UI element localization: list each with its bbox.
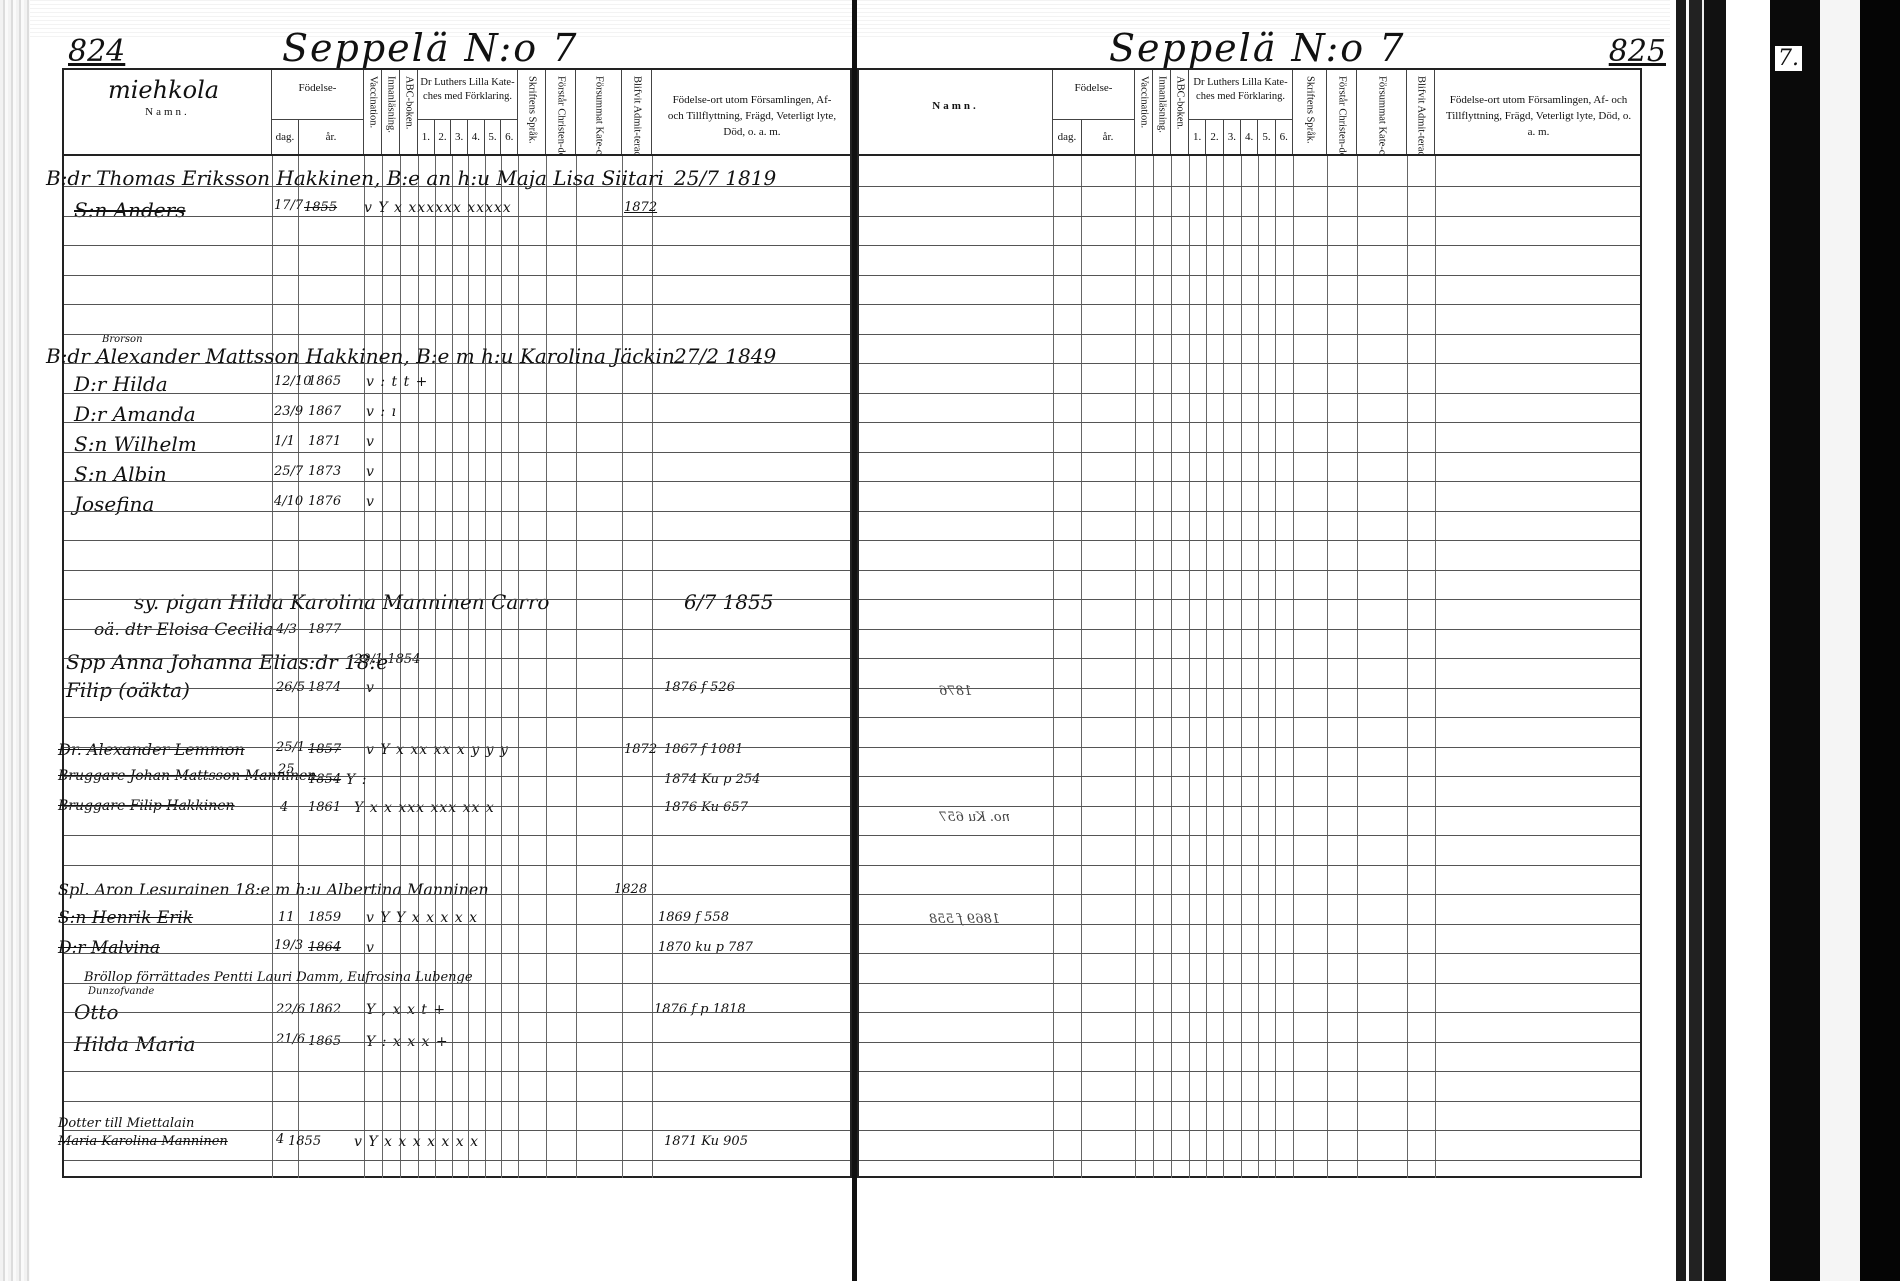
farm-title-right: Seppelä N:o 7: [1109, 26, 1405, 70]
col-head-abc: ABC-boken.: [400, 70, 418, 154]
ruled-line: [859, 481, 1640, 482]
ruled-line: [859, 894, 1640, 895]
entry-14-marks: Y x x xxx xxx xx x: [354, 800, 495, 816]
ruled-line: [64, 393, 850, 394]
ruled-line: [859, 1042, 1640, 1043]
ruled-line: [859, 540, 1640, 541]
col-head-admitted: Blifvit Admit-terad.: [622, 70, 652, 154]
ruled-line: [859, 629, 1640, 630]
margin-mark: 7.: [1775, 46, 1802, 71]
col-head-reading: Innanläsning.: [1153, 70, 1171, 154]
col-head-abc: ABC-boken.: [1171, 70, 1189, 154]
entry-22-name: Maria Karolina Manninen: [58, 1134, 228, 1149]
entry-6-day: 25/7: [274, 464, 303, 479]
entry-22-year: 1855: [288, 1134, 321, 1149]
ruled-line: [64, 953, 850, 954]
entry-6-marks: v: [366, 464, 375, 480]
ruled-line: [64, 658, 850, 659]
entry-6-year: 1873: [308, 464, 341, 479]
entry-12-year: 1857: [308, 742, 341, 757]
bleed-through-1: no. Ku 657: [939, 810, 1010, 825]
ruled-line: [859, 658, 1640, 659]
entry-3-day: 12/10: [274, 374, 311, 389]
entry-19-marks: Y , x x t +: [366, 1002, 446, 1018]
entry-13-year: 1854: [308, 772, 341, 787]
col-head-remarks: Födelse-ort utom Församlingen, Af- och T…: [1435, 70, 1642, 154]
entry-1-year: 1855: [304, 200, 337, 215]
entry-1-admitted: 1872: [624, 200, 657, 215]
ruled-line: [64, 216, 850, 217]
ruled-line: [859, 570, 1640, 571]
ruled-line: [859, 1160, 1640, 1161]
register-form-left: miehkola Namn. Födelse- dag. år. Vaccina…: [62, 68, 852, 1178]
entry-5-day: 1/1: [274, 434, 295, 449]
entry-8-remarks: 6/7 1855: [684, 590, 773, 614]
col-head-name: miehkola Namn.: [64, 70, 272, 154]
entry-18-annotation: Dunzofvande: [88, 986, 154, 997]
ruled-line: [859, 1071, 1640, 1072]
column-headers-right: Namn. Födelse- dag. år. Vaccination. Inn…: [859, 70, 1640, 156]
col-head-understands: Förstår Christen-domsläran.: [546, 70, 576, 154]
entry-1-name: S:n Anders: [74, 198, 185, 222]
entry-17-name: D:r Malvina: [58, 938, 160, 958]
ruled-line: [64, 835, 850, 836]
entry-4-marks: v : ı: [366, 404, 397, 420]
ruled-line: [64, 570, 850, 571]
ruled-line: [64, 363, 850, 364]
entry-21-name: Dotter till Miettalain: [58, 1116, 194, 1131]
ruled-line: [64, 245, 850, 246]
entry-4-day: 23/9: [274, 404, 303, 419]
entry-10-remarks: 29/1 1854: [354, 652, 420, 667]
ruled-line: [859, 776, 1640, 777]
col-head-writing: Skriftens Språk.: [1293, 70, 1327, 154]
ruled-line: [859, 511, 1640, 512]
entry-1-marks: v Y x xxxxxx xxxxx: [364, 200, 512, 216]
entry-13-remarks: 1874 Ku p 254: [664, 772, 760, 787]
ruled-line: [64, 806, 850, 807]
ruled-line: [859, 717, 1640, 718]
ruled-line: [859, 599, 1640, 600]
entry-8-name: sy. pigan Hilda Karolina Manninen Carro: [134, 590, 549, 614]
entry-16-remarks: 1869 f 558: [658, 910, 729, 925]
ruled-line: [859, 245, 1640, 246]
ruled-line: [859, 835, 1640, 836]
entry-19-year: 1862: [308, 1002, 341, 1017]
col-head-reading: Innanläsning.: [382, 70, 400, 154]
entry-1-day: 17/7: [274, 198, 303, 213]
entry-7-day: 4/10: [274, 494, 303, 509]
entry-5-marks: v: [366, 434, 375, 450]
bleed-through-0: 1876: [939, 684, 972, 699]
ruled-line: [64, 481, 850, 482]
ruled-line: [859, 216, 1640, 217]
village-label: miehkola: [108, 76, 219, 104]
ruled-line: [64, 1160, 850, 1161]
ruled-line: [859, 924, 1640, 925]
page-number-left: 824: [68, 34, 125, 69]
entry-15-name: Spl. Aron Lesurainen 18:e m h:u Albertin…: [58, 880, 489, 899]
entry-14-year: 1861: [308, 800, 341, 815]
col-head-admitted: Blifvit Admit-terad.: [1407, 70, 1435, 154]
entry-7-year: 1876: [308, 494, 341, 509]
entry-5-year: 1871: [308, 434, 341, 449]
col-head-catechism: Dr Luthers Lilla Kate-ches med Förklarin…: [418, 70, 518, 154]
col-head-understands: Förstår Christen-domsläran.: [1327, 70, 1357, 154]
entry-12-admitted: 1872: [624, 742, 657, 757]
ruled-line: [859, 186, 1640, 187]
entry-17-day: 19/3: [274, 938, 303, 953]
entry-6-name: S:n Albin: [74, 462, 167, 486]
entry-19-day: 22/6: [276, 1002, 305, 1017]
entry-14-day: 4: [280, 800, 288, 815]
entry-11-name: Filip (oäkta): [66, 678, 190, 702]
register-form-right: Namn. Födelse- dag. år. Vaccination. Inn…: [857, 68, 1642, 1178]
scan-top-noise: [30, 0, 1670, 40]
ruled-line: [859, 806, 1640, 807]
ruled-line: [859, 1130, 1640, 1131]
col-head-larger-catechism: Försummat Kate-chisationen.: [576, 70, 622, 154]
ruled-line: [64, 688, 850, 689]
col-head-larger-catechism: Försummat Kate-chisationen.: [1357, 70, 1407, 154]
farm-title-left: Seppelä N:o 7: [282, 26, 578, 70]
entry-14-remarks: 1876 Ku 657: [664, 800, 748, 815]
ruled-line: [64, 599, 850, 600]
ruled-line: [859, 452, 1640, 453]
ruled-line: [859, 275, 1640, 276]
entry-7-name: Josefina: [74, 492, 154, 516]
entry-19-remarks: 1876 f p 1818: [654, 1002, 746, 1017]
ruled-line: [64, 865, 850, 866]
entry-22-marks: v Y x x x x x x x: [354, 1134, 479, 1150]
ruled-line: [64, 629, 850, 630]
entry-16-name: S:n Henrik Erik: [58, 908, 193, 928]
ruled-line: [64, 452, 850, 453]
ruled-line: [859, 1012, 1640, 1013]
book-binding-edge: 7.: [1670, 0, 1900, 1281]
entry-22-remarks: 1871 Ku 905: [664, 1134, 748, 1149]
register-rows-left: B:dr Thomas Eriksson Hakkinen, B:e an h:…: [64, 156, 850, 1178]
ruled-line: [859, 363, 1640, 364]
ruled-line: [859, 953, 1640, 954]
entry-16-day: 11: [278, 910, 295, 925]
entry-2-name: B:dr Alexander Mattsson Hakkinen, B:e m …: [46, 344, 675, 368]
page-number-right: 825: [1609, 34, 1666, 69]
entry-2-remarks: 27/2 1849: [674, 344, 776, 368]
ruled-line: [64, 275, 850, 276]
scan-left-edge: [0, 0, 30, 1281]
entry-7-marks: v: [366, 494, 375, 510]
ruled-line: [64, 1042, 850, 1043]
ruled-line: [64, 1012, 850, 1013]
entry-12-name: Dr. Alexander Lemmon: [58, 740, 245, 759]
entry-20-day: 21/6: [276, 1032, 305, 1047]
col-head-writing: Skriftens Språk.: [518, 70, 546, 154]
ruled-line: [64, 1130, 850, 1131]
col-head-birth: Födelse- dag. år.: [272, 70, 364, 154]
left-page: 824 Seppelä N:o 7 miehkola Namn. Födelse…: [62, 60, 852, 1185]
ruled-line: [859, 1101, 1640, 1102]
ruled-line: [64, 776, 850, 777]
entry-13-marks: Y :: [346, 772, 367, 788]
entry-3-marks: v : t t +: [366, 374, 428, 390]
ruled-line: [64, 334, 850, 335]
ruled-line: [64, 983, 850, 984]
col-head-remarks: Födelse-ort utom Församlingen, Af- och T…: [652, 70, 852, 154]
ruled-line: [859, 865, 1640, 866]
ruled-line: [859, 747, 1640, 748]
entry-4-year: 1867: [308, 404, 341, 419]
ruled-line: [859, 334, 1640, 335]
ruled-line: [64, 304, 850, 305]
entry-16-year: 1859: [308, 910, 341, 925]
entry-10-name: Spp Anna Johanna Elias:dr 18:e: [66, 650, 388, 674]
ruled-line: [64, 747, 850, 748]
ruled-line: [859, 304, 1640, 305]
right-page: 825 Seppelä N:o 7 Namn. Födelse- dag. år…: [857, 60, 1642, 1185]
ruled-line: [64, 186, 850, 187]
ruled-line: [64, 924, 850, 925]
entry-22-day: 4: [276, 1132, 284, 1147]
col-head-vaccination: Vaccination.: [1135, 70, 1153, 154]
entry-12-remarks: 1867 f 1081: [664, 742, 743, 757]
ruled-line: [64, 894, 850, 895]
entry-9-name: oä. dtr Eloisa Cecilia: [94, 620, 273, 640]
entry-20-name: Hilda Maria: [74, 1032, 196, 1056]
register-rows-right: 1876 no. Ku 657 1869 f 558: [859, 156, 1640, 1178]
ruled-line: [64, 422, 850, 423]
ruled-line: [64, 1101, 850, 1102]
column-headers-left: miehkola Namn. Födelse- dag. år. Vaccina…: [64, 70, 850, 156]
ruled-line: [64, 1071, 850, 1072]
col-head-birth: Födelse- dag. år.: [1053, 70, 1135, 154]
ruled-line: [859, 422, 1640, 423]
ruled-line: [64, 717, 850, 718]
ruled-line: [859, 688, 1640, 689]
ruled-line: [859, 983, 1640, 984]
entry-12-marks: v Y x xx xx x y y y: [366, 742, 509, 758]
ruled-line: [64, 511, 850, 512]
col-head-vaccination: Vaccination.: [364, 70, 382, 154]
ruled-line: [859, 393, 1640, 394]
ruled-line: [64, 540, 850, 541]
col-head-name: Namn.: [859, 70, 1053, 154]
entry-13-day: 25: [278, 762, 295, 777]
col-head-catechism: Dr Luthers Lilla Kate-ches med Förklarin…: [1189, 70, 1293, 154]
entry-3-year: 1865: [308, 374, 341, 389]
